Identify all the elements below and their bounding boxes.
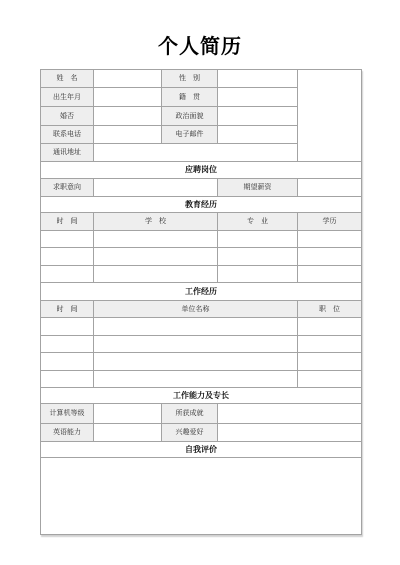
- work-company-cell[interactable]: [94, 353, 298, 371]
- personal-row-name-gender: 姓 名 性 别: [41, 70, 362, 88]
- position-section-row: 应聘岗位: [41, 162, 362, 179]
- self-evaluation-section-header: 自我评价: [41, 442, 362, 458]
- resume-page: 个人简历 姓 名 性 别 出生年月 籍 贯 婚否 政治面貌: [0, 0, 400, 565]
- education-section-row: 教育经历: [41, 197, 362, 213]
- edu-degree-cell[interactable]: [298, 231, 362, 248]
- gender-label: 性 别: [162, 70, 218, 88]
- work-empty-row: [41, 371, 362, 388]
- achievements-value[interactable]: [218, 404, 362, 424]
- edu-school-cell[interactable]: [94, 231, 218, 248]
- edu-school-cell[interactable]: [94, 266, 218, 283]
- edu-major-cell[interactable]: [218, 231, 298, 248]
- work-empty-row: [41, 353, 362, 371]
- name-label: 姓 名: [41, 70, 94, 88]
- work-time-cell[interactable]: [41, 336, 94, 353]
- work-header-time: 时 间: [41, 301, 94, 318]
- edu-degree-cell[interactable]: [298, 266, 362, 283]
- english-ability-label: 英语能力: [41, 424, 94, 442]
- work-company-cell[interactable]: [94, 336, 298, 353]
- education-empty-row: [41, 231, 362, 248]
- english-ability-value[interactable]: [94, 424, 162, 442]
- education-header-row: 时 间 学 校 专 业 学历: [41, 213, 362, 231]
- marital-status-value[interactable]: [94, 107, 162, 126]
- birth-date-value[interactable]: [94, 88, 162, 107]
- birth-date-label: 出生年月: [41, 88, 94, 107]
- phone-value[interactable]: [94, 126, 162, 144]
- marital-status-label: 婚否: [41, 107, 94, 126]
- ability-row-computer-achievement: 计算机等级 所获成就: [41, 404, 362, 424]
- photo-cell[interactable]: [298, 70, 362, 162]
- edu-major-cell[interactable]: [218, 248, 298, 266]
- work-empty-row: [41, 318, 362, 336]
- edu-header-school: 学 校: [94, 213, 218, 231]
- job-intention-label: 求职意向: [41, 179, 94, 197]
- self-evaluation-section-row: 自我评价: [41, 442, 362, 458]
- expected-salary-label: 期望薪资: [218, 179, 298, 197]
- gender-value[interactable]: [218, 70, 298, 88]
- edu-header-degree: 学历: [298, 213, 362, 231]
- work-header-position: 职 位: [298, 301, 362, 318]
- education-empty-row: [41, 266, 362, 283]
- self-evaluation-content-row: [41, 458, 362, 535]
- work-position-cell[interactable]: [298, 318, 362, 336]
- ability-row-english-hobby: 英语能力 兴趣爱好: [41, 424, 362, 442]
- edu-header-time: 时 间: [41, 213, 94, 231]
- hobbies-label: 兴趣爱好: [162, 424, 218, 442]
- email-value[interactable]: [218, 126, 298, 144]
- work-time-cell[interactable]: [41, 318, 94, 336]
- edu-degree-cell[interactable]: [298, 248, 362, 266]
- page-title: 个人简历: [0, 30, 400, 59]
- job-intention-row: 求职意向 期望薪资: [41, 179, 362, 197]
- work-position-cell[interactable]: [298, 371, 362, 388]
- self-evaluation-content-cell[interactable]: [41, 458, 362, 535]
- edu-time-cell[interactable]: [41, 231, 94, 248]
- work-position-cell[interactable]: [298, 353, 362, 371]
- name-value[interactable]: [94, 70, 162, 88]
- edu-major-cell[interactable]: [218, 266, 298, 283]
- political-status-label: 政治面貌: [162, 107, 218, 126]
- work-header-row: 时 间 单位名称 职 位: [41, 301, 362, 318]
- achievements-label: 所获成就: [162, 404, 218, 424]
- hobbies-value[interactable]: [218, 424, 362, 442]
- computer-level-value[interactable]: [94, 404, 162, 424]
- ability-section-header: 工作能力及专长: [41, 388, 362, 404]
- work-company-cell[interactable]: [94, 371, 298, 388]
- expected-salary-value[interactable]: [298, 179, 362, 197]
- work-company-cell[interactable]: [94, 318, 298, 336]
- work-empty-row: [41, 336, 362, 353]
- work-header-company: 单位名称: [94, 301, 298, 318]
- address-value[interactable]: [94, 144, 298, 162]
- work-time-cell[interactable]: [41, 353, 94, 371]
- education-section-header: 教育经历: [41, 197, 362, 213]
- native-place-label: 籍 贯: [162, 88, 218, 107]
- email-label: 电子邮件: [162, 126, 218, 144]
- edu-time-cell[interactable]: [41, 248, 94, 266]
- edu-time-cell[interactable]: [41, 266, 94, 283]
- resume-table: 姓 名 性 别 出生年月 籍 贯 婚否 政治面貌 联系电话 电子邮件 通讯地址: [40, 69, 362, 535]
- work-time-cell[interactable]: [41, 371, 94, 388]
- work-position-cell[interactable]: [298, 336, 362, 353]
- job-intention-value[interactable]: [94, 179, 218, 197]
- ability-section-row: 工作能力及专长: [41, 388, 362, 404]
- education-empty-row: [41, 248, 362, 266]
- edu-school-cell[interactable]: [94, 248, 218, 266]
- native-place-value[interactable]: [218, 88, 298, 107]
- work-section-header: 工作经历: [41, 283, 362, 301]
- political-status-value[interactable]: [218, 107, 298, 126]
- computer-level-label: 计算机等级: [41, 404, 94, 424]
- address-label: 通讯地址: [41, 144, 94, 162]
- edu-header-major: 专 业: [218, 213, 298, 231]
- work-section-row: 工作经历: [41, 283, 362, 301]
- phone-label: 联系电话: [41, 126, 94, 144]
- position-section-header: 应聘岗位: [41, 162, 362, 179]
